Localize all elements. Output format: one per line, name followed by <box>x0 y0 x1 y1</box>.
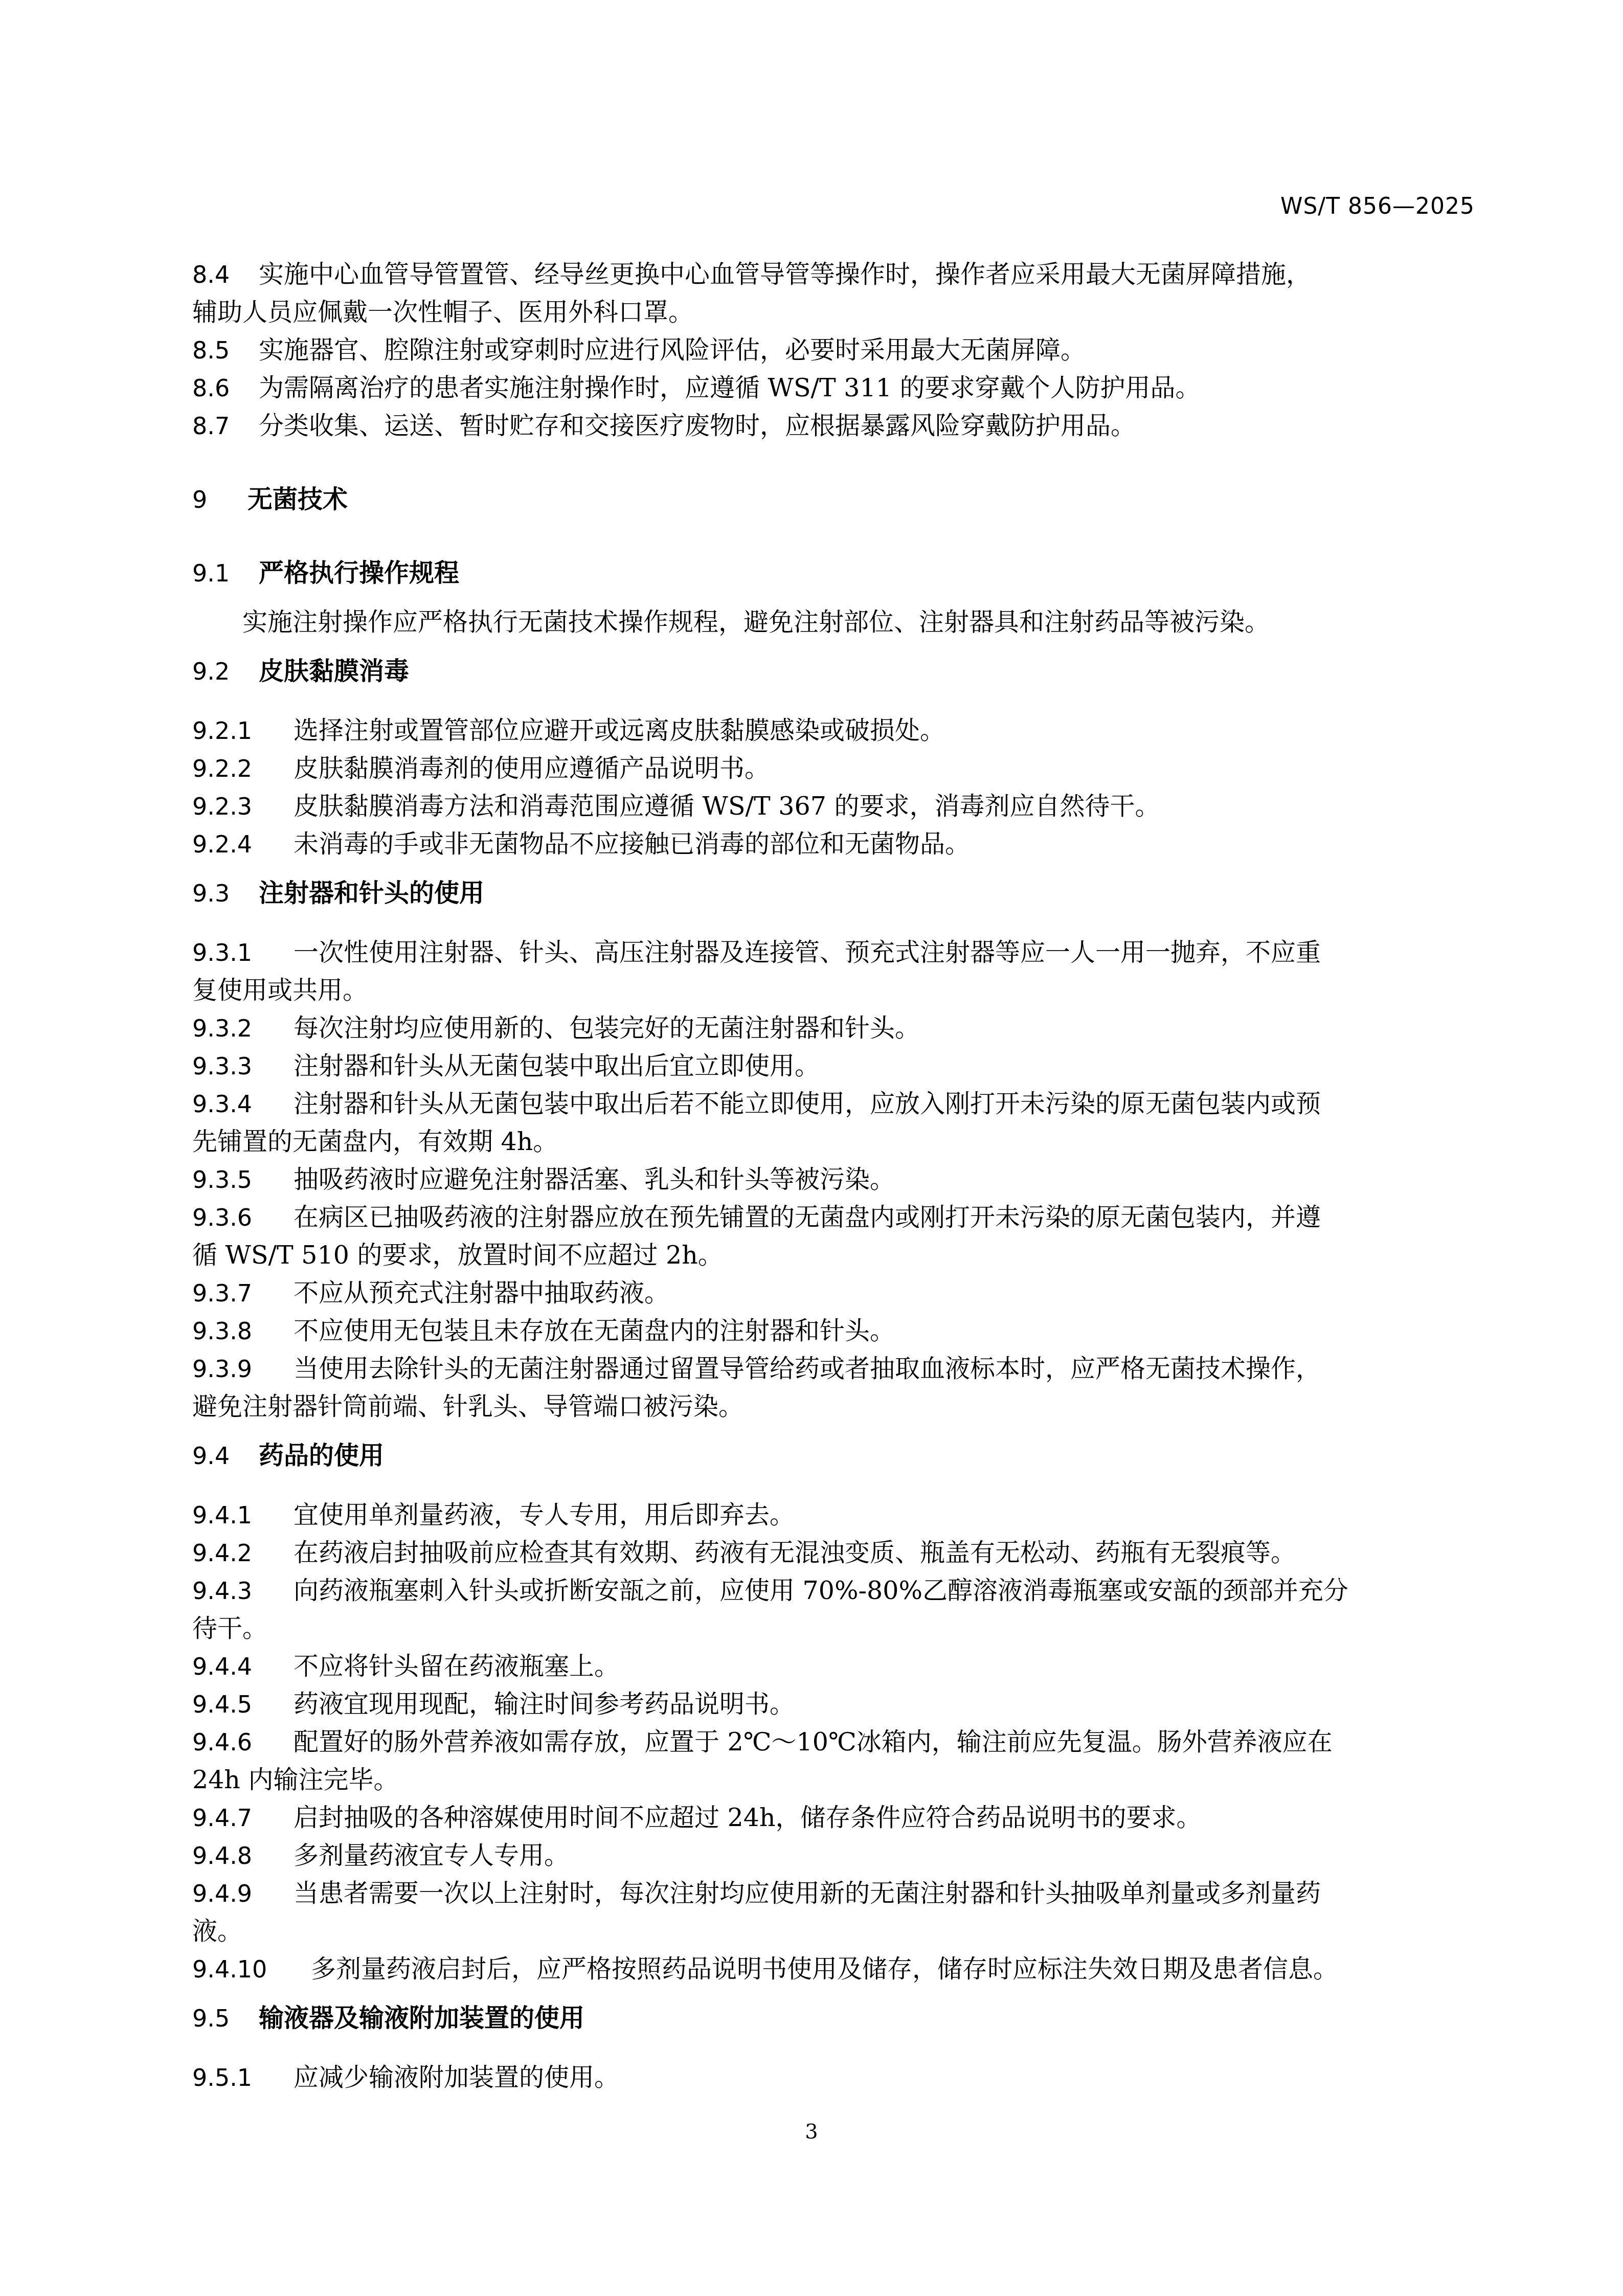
clause-text: 药液宜现用现配，输注时间参考药品说明书。 <box>294 1690 795 1719</box>
clause-text: 一次性使用注射器、针头、高压注射器及连接管、预充式注射器等应一人一用一抛弃，不应… <box>294 938 1321 967</box>
clause-number: 9.3.2 <box>192 1009 294 1047</box>
clause-number: 9.4.10 <box>192 1950 311 1988</box>
clause-text: 实施中心血管导管置管、经导丝更换中心血管导管等操作时，操作者应采用最大无菌屏障措… <box>259 260 1311 289</box>
clause-number: 9.3.1 <box>192 934 294 972</box>
clause-8-7: 8.7分类收集、运送、暂时贮存和交接医疗废物时，应根据暴露风险穿戴防护用品。 <box>192 407 1475 445</box>
document-body: 8.4实施中心血管导管置管、经导丝更换中心血管导管等操作时，操作者应采用最大无菌… <box>192 256 1475 2097</box>
clause-text-cont: 避免注射器针筒前端、针乳头、导管端口被污染。 <box>192 1388 1475 1426</box>
clause-number: 9.4.9 <box>192 1875 294 1912</box>
clause-9-3-6: 9.3.6在病区已抽吸药液的注射器应放在预先铺置的无菌盘内或刚打开未污染的原无菌… <box>192 1199 1475 1236</box>
clause-text: 配置好的肠外营养液如需存放，应置于 2℃～10℃冰箱内，输注前应先复温。肠外营养… <box>294 1727 1333 1757</box>
chapter-number: 9 <box>192 481 247 519</box>
clause-9-4-9: 9.4.9当患者需要一次以上注射时，每次注射均应使用新的无菌注射器和针头抽吸单剂… <box>192 1875 1475 1912</box>
clause-9-3-7: 9.3.7不应从预充式注射器中抽取药液。 <box>192 1274 1475 1312</box>
clause-text: 注射器和针头从无菌包装中取出后宜立即使用。 <box>294 1051 820 1081</box>
clause-number: 9.4.8 <box>192 1837 294 1875</box>
clause-text-cont: 24h 内输注完毕。 <box>192 1761 1475 1799</box>
section-title: 严格执行操作规程 <box>259 558 459 588</box>
clause-number: 8.5 <box>192 331 259 369</box>
clause-9-4-6: 9.4.6配置好的肠外营养液如需存放，应置于 2℃～10℃冰箱内，输注前应先复温… <box>192 1723 1475 1761</box>
clause-9-3-8: 9.3.8不应使用无包装且未存放在无菌盘内的注射器和针头。 <box>192 1312 1475 1350</box>
clause-text-cont: 复使用或共用。 <box>192 972 1475 1009</box>
clause-9-2-4: 9.2.4未消毒的手或非无菌物品不应接触已消毒的部位和无菌物品。 <box>192 825 1475 863</box>
clause-8-4: 8.4实施中心血管导管置管、经导丝更换中心血管导管等操作时，操作者应采用最大无菌… <box>192 256 1475 331</box>
clause-text: 选择注射或置管部位应避开或远离皮肤黏膜感染或破损处。 <box>294 716 945 745</box>
clause-text-cont: 液。 <box>192 1912 1475 1950</box>
clause-text-cont: 辅助人员应佩戴一次性帽子、医用外科口罩。 <box>192 294 1475 331</box>
clause-number: 9.3.7 <box>192 1274 294 1312</box>
section-number: 9.5 <box>192 1999 259 2037</box>
clause-text: 在药液启封抽吸前应检查其有效期、药液有无混浊变质、瓶盖有无松动、药瓶有无裂痕等。 <box>294 1538 1296 1567</box>
clause-8-5: 8.5实施器官、腔隙注射或穿刺时应进行风险评估，必要时采用最大无菌屏障。 <box>192 331 1475 369</box>
clause-9-4-3: 9.4.3向药液瓶塞刺入针头或折断安瓿之前，应使用 70%-80%乙醇溶液消毒瓶… <box>192 1572 1475 1610</box>
clause-text: 应减少输液附加装置的使用。 <box>294 2063 619 2092</box>
clause-9-3-3: 9.3.3注射器和针头从无菌包装中取出后宜立即使用。 <box>192 1047 1475 1085</box>
clause-text: 当使用去除针头的无菌注射器通过留置导管给药或者抽取血液标本时，应严格无菌技术操作… <box>294 1354 1321 1383</box>
clause-text-cont: 先铺置的无菌盘内，有效期 4h。 <box>192 1123 1475 1161</box>
clause-9-3-4: 9.3.4注射器和针头从无菌包装中取出后若不能立即使用，应放入刚打开未污染的原无… <box>192 1085 1475 1123</box>
clause-number: 9.4.4 <box>192 1648 294 1685</box>
clause-text: 不应从预充式注射器中抽取药液。 <box>294 1278 669 1308</box>
clause-number: 9.4.2 <box>192 1534 294 1572</box>
clause-text: 不应将针头留在药液瓶塞上。 <box>294 1652 619 1681</box>
clause-number: 9.3.8 <box>192 1312 294 1350</box>
clause-9-5-1: 9.5.1应减少输液附加装置的使用。 <box>192 2059 1475 2097</box>
clause-9-2-3: 9.2.3皮肤黏膜消毒方法和消毒范围应遵循 WS/T 367 的要求，消毒剂应自… <box>192 787 1475 825</box>
clause-number: 9.4.5 <box>192 1685 294 1723</box>
clause-9-3-5: 9.3.5抽吸药液时应避免注射器活塞、乳头和针头等被污染。 <box>192 1161 1475 1199</box>
clause-9-3-1: 9.3.1一次性使用注射器、针头、高压注射器及连接管、预充式注射器等应一人一用一… <box>192 934 1475 972</box>
clause-text-cont: 循 WS/T 510 的要求，放置时间不应超过 2h。 <box>192 1236 1475 1274</box>
clause-number: 9.5.1 <box>192 2059 294 2097</box>
clause-number: 9.2.4 <box>192 825 294 863</box>
section-title: 输液器及输液附加装置的使用 <box>259 2004 584 2033</box>
clause-text: 宜使用单剂量药液，专人专用，用后即弃去。 <box>294 1500 795 1529</box>
clause-text: 向药液瓶塞刺入针头或折断安瓿之前，应使用 70%-80%乙醇溶液消毒瓶塞或安瓿的… <box>294 1576 1348 1605</box>
clause-text: 每次注射均应使用新的、包装完好的无菌注射器和针头。 <box>294 1014 920 1043</box>
clause-text-cont: 待干。 <box>192 1610 1475 1648</box>
clause-text: 未消毒的手或非无菌物品不应接触已消毒的部位和无菌物品。 <box>294 829 970 859</box>
clause-9-4-1: 9.4.1宜使用单剂量药液，专人专用，用后即弃去。 <box>192 1496 1475 1534</box>
section-title: 药品的使用 <box>259 1441 384 1470</box>
clause-number: 9.2.2 <box>192 750 294 787</box>
section-heading-9-3: 9.3注射器和针头的使用 <box>192 874 1475 912</box>
clause-number: 9.4.3 <box>192 1572 294 1610</box>
clause-9-4-5: 9.4.5药液宜现用现配，输注时间参考药品说明书。 <box>192 1685 1475 1723</box>
section-heading-9-2: 9.2皮肤黏膜消毒 <box>192 652 1475 690</box>
clause-9-4-8: 9.4.8多剂量药液宜专人专用。 <box>192 1837 1475 1875</box>
clause-number: 9.3.6 <box>192 1199 294 1236</box>
clause-number: 8.6 <box>192 369 259 407</box>
clause-text: 在病区已抽吸药液的注射器应放在预先铺置的无菌盘内或刚打开未污染的原无菌包装内，并… <box>294 1203 1321 1232</box>
standard-code-header: WS/T 856—2025 <box>1280 193 1475 219</box>
section-title: 皮肤黏膜消毒 <box>259 657 409 686</box>
clause-text: 启封抽吸的各种溶媒使用时间不应超过 24h，储存条件应符合药品说明书的要求。 <box>294 1803 1202 1832</box>
clause-number: 9.4.6 <box>192 1723 294 1761</box>
clause-9-4-7: 9.4.7启封抽吸的各种溶媒使用时间不应超过 24h，储存条件应符合药品说明书的… <box>192 1799 1475 1837</box>
clause-9-2-1: 9.2.1选择注射或置管部位应避开或远离皮肤黏膜感染或破损处。 <box>192 712 1475 750</box>
section-number: 9.1 <box>192 554 259 592</box>
clause-text: 多剂量药液宜专人专用。 <box>294 1841 569 1870</box>
section-number: 9.2 <box>192 652 259 690</box>
clause-9-2-2: 9.2.2皮肤黏膜消毒剂的使用应遵循产品说明书。 <box>192 750 1475 787</box>
page-number: 3 <box>0 2120 1623 2144</box>
clause-number: 9.4.1 <box>192 1496 294 1534</box>
section-number: 9.4 <box>192 1437 259 1475</box>
clause-number: 9.3.3 <box>192 1047 294 1085</box>
clause-number: 8.4 <box>192 256 259 294</box>
clause-9-4-4: 9.4.4不应将针头留在药液瓶塞上。 <box>192 1648 1475 1685</box>
clause-text: 多剂量药液启封后，应严格按照药品说明书使用及储存，储存时应标注失效日期及患者信息… <box>311 1954 1338 1984</box>
document-page: WS/T 856—2025 8.4实施中心血管导管置管、经导丝更换中心血管导管等… <box>0 0 1623 2296</box>
clause-number: 8.7 <box>192 407 259 445</box>
clause-text: 分类收集、运送、暂时贮存和交接医疗废物时，应根据暴露风险穿戴防护用品。 <box>259 411 1136 440</box>
clause-number: 9.3.4 <box>192 1085 294 1123</box>
clause-number: 9.2.1 <box>192 712 294 750</box>
clause-9-3-2: 9.3.2每次注射均应使用新的、包装完好的无菌注射器和针头。 <box>192 1009 1475 1047</box>
section-9-1-body: 实施注射操作应严格执行无菌技术操作规程，避免注射部位、注射器具和注射药品等被污染… <box>192 603 1475 641</box>
clause-8-6: 8.6为需隔离治疗的患者实施注射操作时，应遵循 WS/T 311 的要求穿戴个人… <box>192 369 1475 407</box>
clause-text: 当患者需要一次以上注射时，每次注射均应使用新的无菌注射器和针头抽吸单剂量或多剂量… <box>294 1879 1321 1908</box>
section-title: 注射器和针头的使用 <box>259 879 484 908</box>
section-heading-9-4: 9.4药品的使用 <box>192 1437 1475 1475</box>
clause-number: 9.3.5 <box>192 1161 294 1199</box>
clause-text: 为需隔离治疗的患者实施注射操作时，应遵循 WS/T 311 的要求穿戴个人防护用… <box>259 373 1200 402</box>
clause-text: 抽吸药液时应避免注射器活塞、乳头和针头等被污染。 <box>294 1165 895 1194</box>
clause-9-4-2: 9.4.2在药液启封抽吸前应检查其有效期、药液有无混浊变质、瓶盖有无松动、药瓶有… <box>192 1534 1475 1572</box>
clause-number: 9.4.7 <box>192 1799 294 1837</box>
clause-text: 注射器和针头从无菌包装中取出后若不能立即使用，应放入刚打开未污染的原无菌包装内或… <box>294 1089 1321 1118</box>
chapter-heading-9: 9无菌技术 <box>192 481 1475 519</box>
chapter-title: 无菌技术 <box>247 485 348 514</box>
section-heading-9-1: 9.1严格执行操作规程 <box>192 554 1475 592</box>
clause-text: 皮肤黏膜消毒方法和消毒范围应遵循 WS/T 367 的要求，消毒剂应自然待干。 <box>294 792 1160 821</box>
clause-text: 不应使用无包装且未存放在无菌盘内的注射器和针头。 <box>294 1316 895 1345</box>
clause-number: 9.3.9 <box>192 1350 294 1388</box>
clause-text: 皮肤黏膜消毒剂的使用应遵循产品说明书。 <box>294 754 770 783</box>
clause-9-3-9: 9.3.9当使用去除针头的无菌注射器通过留置导管给药或者抽取血液标本时，应严格无… <box>192 1350 1475 1388</box>
clause-text: 实施器官、腔隙注射或穿刺时应进行风险评估，必要时采用最大无菌屏障。 <box>259 335 1086 365</box>
section-number: 9.3 <box>192 874 259 912</box>
section-heading-9-5: 9.5输液器及输液附加装置的使用 <box>192 1999 1475 2037</box>
clause-9-4-10: 9.4.10多剂量药液启封后，应严格按照药品说明书使用及储存，储存时应标注失效日… <box>192 1950 1475 1988</box>
clause-number: 9.2.3 <box>192 787 294 825</box>
